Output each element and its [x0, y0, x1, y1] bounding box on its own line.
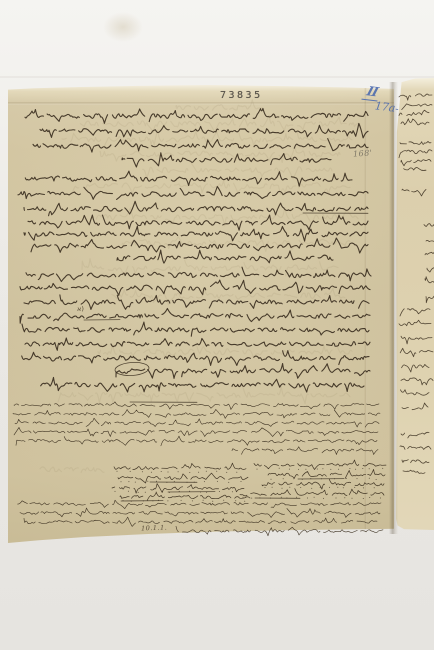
footnote-marker: א)	[77, 305, 84, 313]
page-ref-number-text: 17a	[374, 99, 396, 114]
horizontal-crease	[8, 102, 394, 105]
page-gap-shadow	[389, 82, 398, 534]
archive-stamp-number: 73835	[220, 90, 263, 101]
next-page-edge	[396, 78, 434, 530]
manuscript-page	[8, 85, 394, 543]
scanner-shading-line	[0, 76, 434, 78]
date-numerals: 10.1.1.	[141, 524, 168, 533]
top-fold-highlight	[8, 85, 394, 103]
page-ref-blue: II 17a-	[361, 80, 401, 115]
scanned-document: 73835 II 17a- 168' א) 10.1.1.	[0, 0, 434, 650]
pencil-folio-number: 168'	[353, 148, 373, 158]
page-ref-dash: -	[395, 104, 400, 115]
background-stain	[103, 12, 143, 42]
